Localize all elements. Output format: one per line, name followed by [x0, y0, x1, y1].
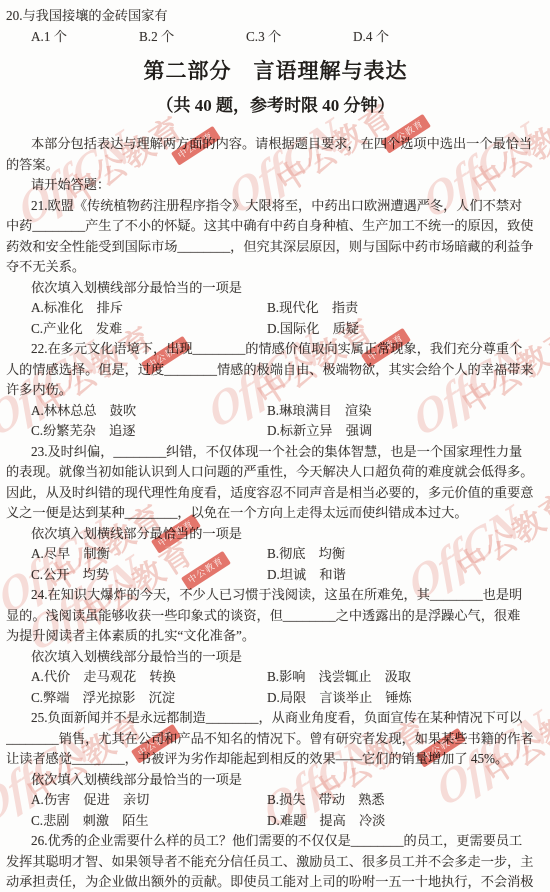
- question-21-options-row: C.产业化 发难D.国际化 质疑: [6, 319, 545, 340]
- question-21-text-line: 21.欧盟《传统植物药注册程序指令》大限将至，中药出口欧洲遭遇严冬，人们不禁对: [6, 196, 545, 217]
- question-21-option-a: A.标准化 排斥: [31, 298, 267, 319]
- question-21-text-line: 夺不无关系。: [6, 257, 545, 278]
- question-24-options-row: C.弊端 浮光掠影 沉淀D.局限 言谈举止 锤炼: [6, 688, 545, 709]
- question-20-option-b: B.2 个: [139, 27, 246, 48]
- question-22-option-c: C.纷繁芜杂 追逐: [31, 421, 267, 442]
- question-25-text-line: ________销售，尤其在公司和产品不知名的情况下。曾有研究者发现，如果某些书…: [6, 729, 545, 750]
- question-23-text-line: 因此，从及时纠错的现代理性角度看，适度容忍不同声音是相当必要的，多元价值的重要意: [6, 483, 545, 504]
- section-subtitle: （共 40 题，参考时限 40 分钟）: [6, 93, 545, 119]
- question-24-text-line: 24.在知识大爆炸的今天，不少人已习惯于浅阅读，这虽在所难免，其________…: [6, 585, 545, 606]
- question-26: 26.优秀的企业需要什么样的员工？他们需要的不仅仅是________的员工，更需…: [6, 831, 545, 892]
- question-23-option-a: A.尽早 制衡: [31, 544, 267, 565]
- exam-paper-page: 20.与我国接壤的金砖国家有 A.1 个 B.2 个 C.3 个 D.4 个 第…: [0, 0, 550, 892]
- question-23-text-line: 的表现。就像当初如能认识到人口问题的严重性，今天解决人口超负荷的难度就会低得多。: [6, 462, 545, 483]
- question-21-text-line: 药效和安全性能受到国际市场________，但究其深层原因，则与国际中药市场暗藏…: [6, 237, 545, 258]
- question-22-option-d: D.标新立异 强调: [267, 421, 545, 442]
- question-25: 25.负面新闻并不是永远都制造________，从商业角度看，负面宣传在某种情况…: [6, 708, 545, 831]
- question-24-option-a: A.代价 走马观花 转换: [31, 667, 267, 688]
- page-content: 20.与我国接壤的金砖国家有 A.1 个 B.2 个 C.3 个 D.4 个 第…: [6, 6, 545, 892]
- question-22-text-line: 许多内伤。: [6, 380, 545, 401]
- question-23-option-d: D.坦诚 和谐: [267, 565, 545, 586]
- question-22-option-a: A.林林总总 鼓吹: [31, 401, 267, 422]
- question-25-option-d: D.难题 提高 冷淡: [267, 811, 545, 832]
- question-25-text-line: 让读者感觉________，书被评为劣作却能起到相反的效果——它们的销量增加了 …: [6, 749, 545, 770]
- question-21-option-c: C.产业化 发难: [31, 319, 267, 340]
- question-25-option-b: B.损失 带动 熟悉: [267, 790, 545, 811]
- question-26-text-line: 发挥其聪明才智、如果领导者不能充分信任员工、激励员工、很多员工并不会多走一步，主: [6, 852, 545, 873]
- question-22-options-row: A.林林总总 鼓吹B.琳琅满目 渲染: [6, 401, 545, 422]
- question-20-option-d: D.4 个: [353, 27, 545, 48]
- question-21-option-d: D.国际化 质疑: [267, 319, 545, 340]
- question-25-option-a: A.伤害 促进 亲切: [31, 790, 267, 811]
- question-25-text-line: 25.负面新闻并不是永远都制造________，从商业角度看，负面宣传在某种情况…: [6, 708, 545, 729]
- question-23-text-line: 义之一便是达到某种________，以免在一个方向上走得太远而使纠错成本过大。: [6, 503, 545, 524]
- question-22-text-line: 人的情感选择。但是，过度________情感的极端自由、极端物欲，其实会给个人的…: [6, 360, 545, 381]
- question-21-option-b: B.现代化 指责: [267, 298, 545, 319]
- question-23: 23.及时纠偏，________纠错，不仅体现一个社会的集体智慧，也是一个国家理…: [6, 442, 545, 586]
- question-24-text-line: 为提升阅读者主体素质的扎实“文化准备”。: [6, 626, 545, 647]
- section-title: 第二部分 言语理解与表达: [6, 56, 545, 86]
- question-20-stem: 20.与我国接壤的金砖国家有: [6, 6, 545, 27]
- question-22-options-row: C.纷繁芜杂 追逐D.标新立异 强调: [6, 421, 545, 442]
- question-21-options-row: A.标准化 排斥B.现代化 指责: [6, 298, 545, 319]
- question-22-option-b: B.琳琅满目 渲染: [267, 401, 545, 422]
- question-24-option-d: D.局限 言谈举止 锤炼: [267, 688, 545, 709]
- question-22-text-line: 22.在多元文化语境下，出现________的情感价值取向实属正常现象，我们充分…: [6, 339, 545, 360]
- question-20-option-a: A.1 个: [31, 27, 139, 48]
- question-23-option-c: C.公开 均势: [31, 565, 267, 586]
- question-24-options-row: A.代价 走马观花 转换B.影响 浅尝辄止 汲取: [6, 667, 545, 688]
- question-25-options-row: A.伤害 促进 亲切B.损失 带动 熟悉: [6, 790, 545, 811]
- question-23-options-row: C.公开 均势D.坦诚 和谐: [6, 565, 545, 586]
- question-23-options-row: A.尽早 制衡B.彻底 均衡: [6, 544, 545, 565]
- section-body: 本部分包括表达与理解两方面的内容。请根据题目要求，在四个选项中选出一个最恰当 的…: [6, 134, 545, 892]
- question-26-text-line: 26.优秀的企业需要什么样的员工？他们需要的不仅仅是________的员工，更需…: [6, 831, 545, 852]
- question-20-options-row: A.1 个 B.2 个 C.3 个 D.4 个: [6, 27, 545, 48]
- questions-container: 21.欧盟《传统植物药注册程序指令》大限将至，中药出口欧洲遭遇严冬，人们不禁对中…: [6, 196, 545, 892]
- question-25-options-row: C.悲剧 刺激 陌生D.难题 提高 冷淡: [6, 811, 545, 832]
- question-24-text-line: 显的。浅阅读虽能够收获一些印象式的谈资，但________之中透露出的是浮躁心气…: [6, 606, 545, 627]
- question-22: 22.在多元文化语境下，出现________的情感价值取向实属正常现象，我们充分…: [6, 339, 545, 442]
- question-21: 21.欧盟《传统植物药注册程序指令》大限将至，中药出口欧洲遭遇严冬，人们不禁对中…: [6, 196, 545, 340]
- question-26-text-line: 动承担责任，为企业做出额外的贡献。即使员工能对上司的吩咐一五一十地执行，不会消极: [6, 872, 545, 892]
- question-23-option-b: B.彻底 均衡: [267, 544, 545, 565]
- question-24: 24.在知识大爆炸的今天，不少人已习惯于浅阅读，这虽在所难免，其________…: [6, 585, 545, 708]
- question-25-prompt: 依次填入划横线部分最恰当的一项是: [6, 770, 545, 791]
- instructions-line: 的答案。: [6, 155, 545, 176]
- question-24-prompt: 依次填入划横线部分最恰当的一项是: [6, 647, 545, 668]
- question-23-prompt: 依次填入划横线部分最恰当的一项是: [6, 524, 545, 545]
- question-25-option-c: C.悲剧 刺激 陌生: [31, 811, 267, 832]
- question-24-option-c: C.弊端 浮光掠影 沉淀: [31, 688, 267, 709]
- question-23-text-line: 23.及时纠偏，________纠错，不仅体现一个社会的集体智慧，也是一个国家理…: [6, 442, 545, 463]
- question-21-prompt: 依次填入划横线部分最恰当的一项是: [6, 278, 545, 299]
- question-21-text-line: 中药________产生了不小的怀疑。这其中确有中药自身种植、生产加工不统一的原…: [6, 216, 545, 237]
- start-answering-prompt: 请开始答题：: [6, 175, 545, 196]
- question-24-option-b: B.影响 浅尝辄止 汲取: [267, 667, 545, 688]
- instructions-line: 本部分包括表达与理解两方面的内容。请根据题目要求，在四个选项中选出一个最恰当: [6, 134, 545, 155]
- question-20-option-c: C.3 个: [246, 27, 353, 48]
